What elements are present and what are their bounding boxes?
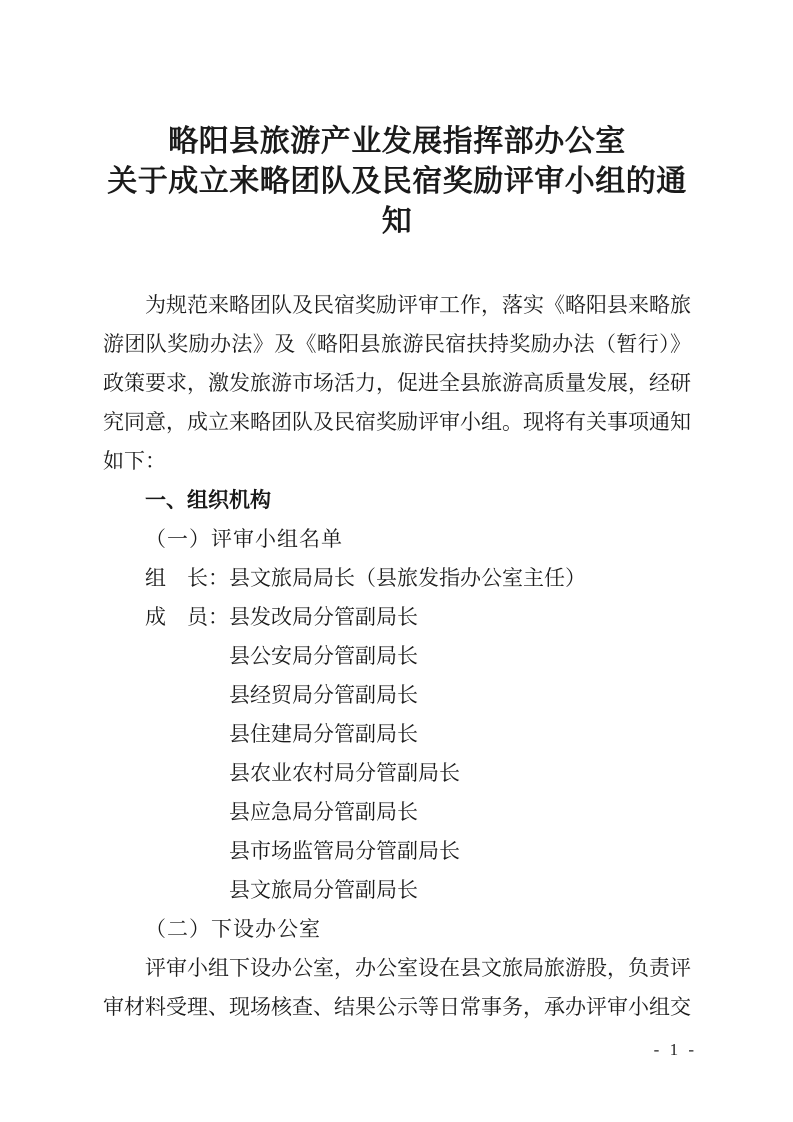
member-list: 县发改局分管副局长 县公安局分管副局长 县经贸局分管副局长 县住建局分管副局长 … — [229, 598, 691, 910]
member-list-item: 县文旅局分管副局长 — [229, 871, 691, 910]
document-title-line2: 关于成立来略团队及民宿奖励评审小组的通知 — [103, 162, 691, 242]
leader-row: 组 长： 县文旅局局长（县旅发指办公室主任） — [103, 559, 691, 598]
member-list-item: 县农业农村局分管副局长 — [229, 754, 691, 793]
page-number: - 1 - — [654, 1040, 697, 1060]
intro-paragraph: 为规范来略团队及民宿奖励评审工作，落实《略阳县来略旅游团队奖励办法》及《略阳县旅… — [103, 286, 691, 481]
section-heading-organization: 一、组织机构 — [103, 481, 691, 520]
member-list-item: 县应急局分管副局长 — [229, 793, 691, 832]
member-list-item: 县住建局分管副局长 — [229, 715, 691, 754]
document-page: 略阳县旅游产业发展指挥部办公室 关于成立来略团队及民宿奖励评审小组的通知 为规范… — [0, 0, 793, 1122]
members-label: 成 员： — [145, 598, 229, 637]
member-list-item: 县公安局分管副局长 — [229, 637, 691, 676]
leader-label: 组 长： — [145, 559, 229, 598]
member-list-item: 县发改局分管副局长 — [229, 598, 691, 637]
office-paragraph: 评审小组下设办公室，办公室设在县文旅局旅游股，负责评审材料受理、现场核查、结果公… — [103, 949, 691, 1027]
subsection-heading-panel-list: （一）评审小组名单 — [103, 520, 691, 559]
document-title: 略阳县旅游产业发展指挥部办公室 关于成立来略团队及民宿奖励评审小组的通知 — [103, 122, 691, 242]
document-title-line1: 略阳县旅游产业发展指挥部办公室 — [103, 122, 691, 162]
members-row: 成 员： 县发改局分管副局长 县公安局分管副局长 县经贸局分管副局长 县住建局分… — [103, 598, 691, 910]
member-list-item: 县市场监管局分管副局长 — [229, 832, 691, 871]
document-content: 略阳县旅游产业发展指挥部办公室 关于成立来略团队及民宿奖励评审小组的通知 为规范… — [103, 122, 691, 1027]
leader-value: 县文旅局局长（县旅发指办公室主任） — [229, 559, 691, 598]
subsection-heading-office: （二）下设办公室 — [103, 910, 691, 949]
member-list-item: 县经贸局分管副局长 — [229, 676, 691, 715]
